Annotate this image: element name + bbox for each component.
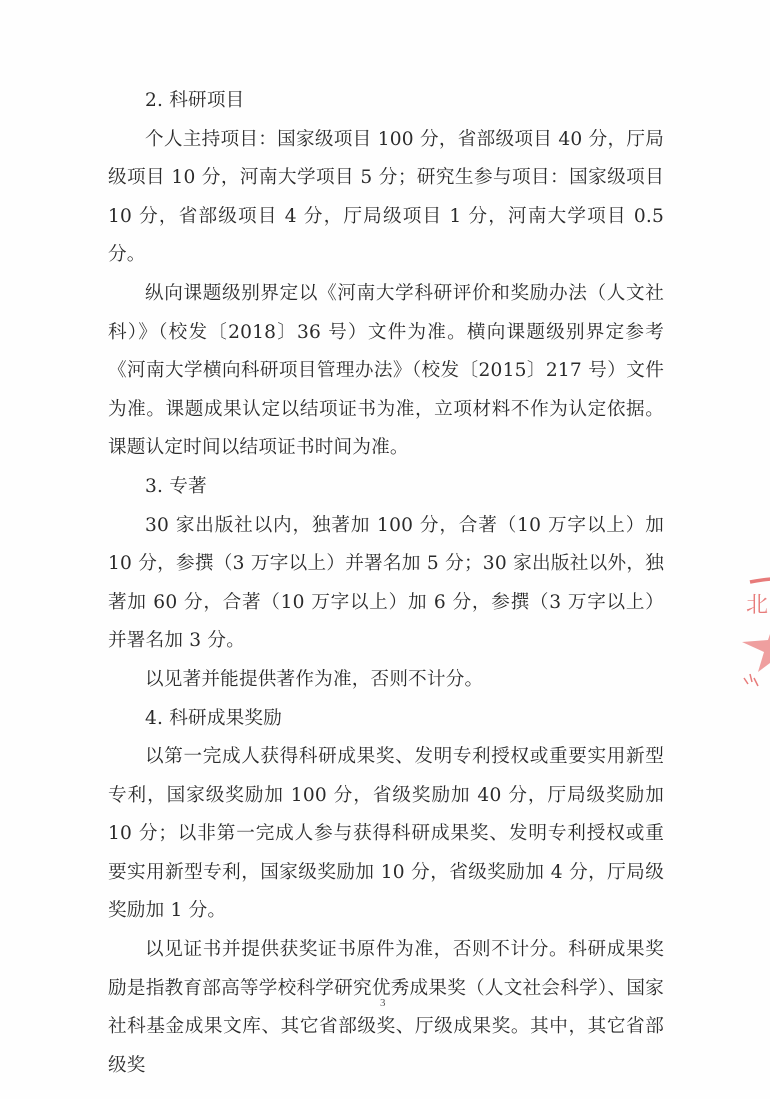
paragraph-monograph-evidence: 以见著并能提供著作为准，否则不计分。 <box>108 661 664 700</box>
document-body: 2. 科研项目 个人主持项目：国家级项目 100 分，省部级项目 40 分，厅局… <box>108 82 664 1085</box>
section-heading-monographs: 3. 专著 <box>108 468 664 507</box>
page-number: 3 <box>380 997 386 1009</box>
paragraph-monograph-scoring: 30 家出版社以内，独著加 100 分，合著（10 万字以上）加 10 分，参撰… <box>108 507 664 661</box>
document-page: 2. 科研项目 个人主持项目：国家级项目 100 分，省部级项目 40 分，厅局… <box>0 0 770 1099</box>
paragraph-award-evidence: 以见证书并提供获奖证书原件为准，否则不计分。科研成果奖励是指教育部高等学校科学研… <box>108 931 664 1085</box>
star-icon <box>742 622 770 672</box>
section-heading-research-awards: 4. 科研成果奖励 <box>108 700 664 739</box>
seal-graphic: 北 <box>738 570 770 690</box>
paragraph-project-scoring: 个人主持项目：国家级项目 100 分，省部级项目 40 分，厅局级项目 10 分… <box>108 121 664 275</box>
paragraph-project-classification: 纵向课题级别界定以《河南大学科研评价和奖励办法（人文社科）》（校发〔2018〕3… <box>108 275 664 468</box>
seal-text: 北 <box>746 593 768 618</box>
official-seal-stamp: 北 <box>738 570 770 690</box>
paragraph-award-scoring: 以第一完成人获得科研成果奖、发明专利授权或重要实用新型专利，国家级奖励加 100… <box>108 738 664 931</box>
section-heading-research-projects: 2. 科研项目 <box>108 82 664 121</box>
